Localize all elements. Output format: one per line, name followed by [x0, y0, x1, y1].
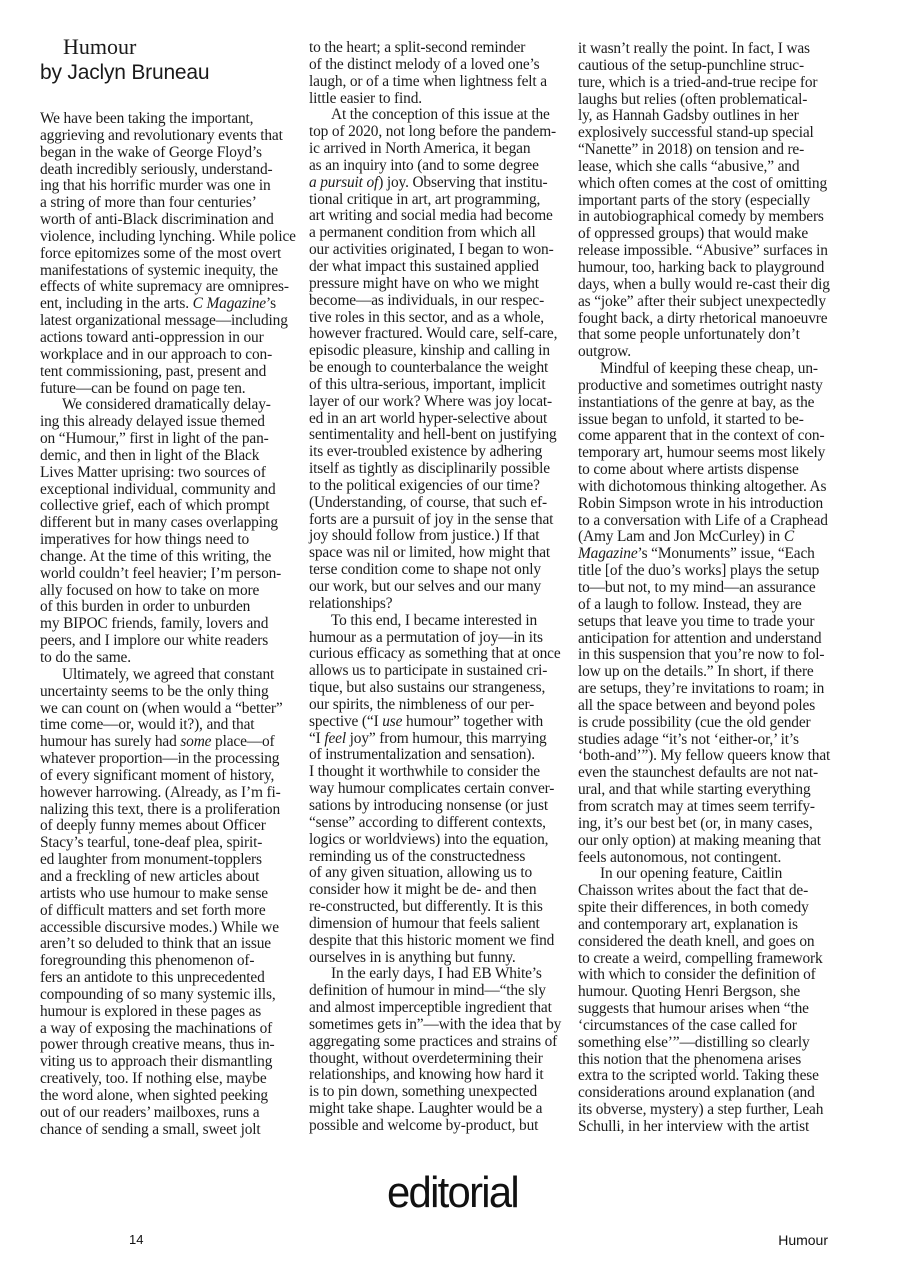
text-line: terse condition come to shape not only — [309, 562, 584, 579]
text-line: aren’t so deluded to think that an issue — [40, 936, 315, 953]
text-line: actions toward anti-oppression in our — [40, 330, 315, 347]
text-line: tique, but also sustains our strangeness… — [309, 680, 584, 697]
text-line: cautious of the setup-punchline struc- — [578, 58, 853, 75]
text-line: of the distinct melody of a loved one’s — [309, 57, 584, 74]
section-label: editorial — [23, 1168, 883, 1218]
text-line: important parts of the story (especially — [578, 193, 853, 210]
text-line: setups that leave you time to trade your — [578, 614, 853, 631]
text-line: from scratch may at times seem terrify- — [578, 799, 853, 816]
text-line: Schulli, in her interview with the artis… — [578, 1119, 853, 1136]
text-line: with dichotomous thinking altogether. As — [578, 479, 853, 496]
text-line: Lives Matter uprising: two sources of — [40, 465, 315, 482]
text-line: layer of our work? Where was joy locat- — [309, 394, 584, 411]
text-line: exceptional individual, community and — [40, 482, 315, 499]
text-line: relationships, and knowing how hard it — [309, 1067, 584, 1084]
text-line: the word alone, when sighted peeking — [40, 1088, 315, 1105]
text-line: of a laugh to follow. Instead, they are — [578, 597, 853, 614]
text-line: Stacy’s tearful, tone-deaf plea, spirit- — [40, 835, 315, 852]
text-line: title [of the duo’s works] plays the set… — [578, 563, 853, 580]
text-line: is crude possibility (cue the old gender — [578, 715, 853, 732]
text-line: become—as individuals, in our respec- — [309, 293, 584, 310]
text-line: we can count on (when would a “better” — [40, 701, 315, 718]
text-line: our only option) at making meaning that — [578, 833, 853, 850]
text-line: a string of more than four centuries’ — [40, 195, 315, 212]
text-line: all the space between and beyond poles — [578, 698, 853, 715]
text-line: this notion that the phenomena arises — [578, 1052, 853, 1069]
text-line: different but in many cases overlapping — [40, 515, 315, 532]
text-line: to—but not, to my mind—an assurance — [578, 580, 853, 597]
text-line: ‘both-and’”). My fellow queers know that — [578, 748, 853, 765]
text-line: joy should follow from justice.) If that — [309, 528, 584, 545]
text-line: Magazine’s “Monuments” issue, “Each — [578, 546, 853, 563]
text-line: (Understanding, of course, that such ef- — [309, 495, 584, 512]
text-line: spite their differences, in both comedy — [578, 900, 853, 917]
text-line: outgrow. — [578, 344, 853, 361]
text-line: re-constructed, but differently. It is t… — [309, 899, 584, 916]
text-line: ‘circumstances of the case called for — [578, 1018, 853, 1035]
text-line: productive and sometimes outright nasty — [578, 378, 853, 395]
text-line: suggests that humour arises when “the — [578, 1001, 853, 1018]
text-line: ed laughter from monument-topplers — [40, 852, 315, 869]
text-line: to the political exigencies of our time? — [309, 478, 584, 495]
text-line: Robin Simpson wrote in his introduction — [578, 496, 853, 513]
text-line: relationships? — [309, 596, 584, 613]
text-line: workplace and in our approach to con- — [40, 347, 315, 364]
text-line: our work, but our selves and our many — [309, 579, 584, 596]
text-line: however harrowing. (Already, as I’m fi- — [40, 785, 315, 802]
text-line: studies adage “it’s not ‘either-or,’ it’… — [578, 732, 853, 749]
text-line: peers, and I implore our white readers — [40, 633, 315, 650]
text-line: ing this already delayed issue themed — [40, 414, 315, 431]
text-line: it wasn’t really the point. In fact, I w… — [578, 41, 853, 58]
text-line: episodic pleasure, kinship and calling i… — [309, 343, 584, 360]
text-line: its obverse, mystery) a step further, Le… — [578, 1102, 853, 1119]
text-line: despite that this historic moment we fin… — [309, 933, 584, 950]
text-line: spective (“I use humour” together with — [309, 714, 584, 731]
text-line: of oppressed groups) that would make — [578, 226, 853, 243]
text-line: violence, including lynching. While poli… — [40, 229, 315, 246]
text-line: death incredibly seriously, understand- — [40, 162, 315, 179]
magazine-page: Humour by Jaclyn Bruneau We have been ta… — [0, 0, 905, 1280]
text-line: come apparent that in the context of con… — [578, 428, 853, 445]
text-line: on “Humour,” first in light of the pan- — [40, 431, 315, 448]
text-line: sometimes gets in”—with the idea that by — [309, 1017, 584, 1034]
text-line: We considered dramatically delay- — [40, 397, 315, 414]
text-line: fought back, a dirty rhetorical manoeuvr… — [578, 311, 853, 328]
running-head: Humour — [778, 1232, 828, 1248]
text-line: issue began to unfold, it started to be- — [578, 412, 853, 429]
text-line: aggrieving and revolutionary events that — [40, 128, 315, 145]
text-column-1: We have been taking the important,aggrie… — [40, 111, 315, 1138]
text-line: be enough to counterbalance the weight — [309, 360, 584, 377]
text-line: our spirits, the nimbleness of our per- — [309, 697, 584, 714]
text-line: of difficult matters and set forth more — [40, 903, 315, 920]
text-line: possible and welcome by-product, but — [309, 1118, 584, 1135]
text-line: pressure might have on who we might — [309, 276, 584, 293]
text-line: of deeply funny memes about Officer — [40, 818, 315, 835]
text-column-2: to the heart; a split-second reminderof … — [309, 40, 584, 1135]
text-line: definition of humour in mind—“the sly — [309, 983, 584, 1000]
text-line: top of 2020, not long before the pandem- — [309, 124, 584, 141]
text-line: space was nil or limited, how might that — [309, 545, 584, 562]
text-line: At the conception of this issue at the — [309, 107, 584, 124]
text-line: effects of white supremacy are omnipres- — [40, 279, 315, 296]
text-line: ture, which is a tried-and-true recipe f… — [578, 75, 853, 92]
text-line: sations by introducing nonsense (or just — [309, 798, 584, 815]
text-line: tent commissioning, past, present and — [40, 364, 315, 381]
text-line: reminding us of the constructedness — [309, 849, 584, 866]
page-number: 14 — [129, 1232, 143, 1247]
text-line: and contemporary art, explanation is — [578, 917, 853, 934]
text-line: curious efficacy as something that at on… — [309, 646, 584, 663]
text-line: consider how it might be de- and then — [309, 882, 584, 899]
text-line: to a conversation with Life of a Craphea… — [578, 513, 853, 530]
text-line: worth of anti-Black discrimination and — [40, 212, 315, 229]
text-line: ed in an art world hyper-selective about — [309, 411, 584, 428]
text-line: extra to the scripted world. Taking thes… — [578, 1068, 853, 1085]
text-line: temporary art, humour seems most likely — [578, 445, 853, 462]
text-line: imperatives for how things need to — [40, 532, 315, 549]
text-line: something else’”—distilling so clearly — [578, 1035, 853, 1052]
text-line: days, when a bully would re-cast their d… — [578, 277, 853, 294]
text-line: time come—or, would it?), and that — [40, 717, 315, 734]
text-line: uncertainty seems to be the only thing — [40, 684, 315, 701]
text-line: foregrounding this phenomenon of- — [40, 953, 315, 970]
text-line: art writing and social media had become — [309, 208, 584, 225]
text-column-3: it wasn’t really the point. In fact, I w… — [578, 41, 853, 1136]
text-line: and a freckling of new articles about — [40, 869, 315, 886]
text-line: humour as a permutation of joy—in its — [309, 630, 584, 647]
text-line: itself as tightly as disciplinarily poss… — [309, 461, 584, 478]
text-line: however fractured. Would care, self-care… — [309, 326, 584, 343]
text-line: out of our readers’ mailboxes, runs a — [40, 1105, 315, 1122]
text-line: instantiations of the genre at bay, as t… — [578, 395, 853, 412]
text-line: ourselves in is anything but funny. — [309, 950, 584, 967]
text-line: allows us to participate in sustained cr… — [309, 663, 584, 680]
text-line: To this end, I became interested in — [309, 613, 584, 630]
text-line: little easier to find. — [309, 91, 584, 108]
text-line: low up on the details.” In short, if the… — [578, 664, 853, 681]
text-line: is to pin down, something unexpected — [309, 1084, 584, 1101]
text-line: as “joke” after their subject unexpected… — [578, 294, 853, 311]
text-line: of any given situation, allowing us to — [309, 865, 584, 882]
text-line: logics or worldviews) into the equation, — [309, 832, 584, 849]
text-line: “sense” according to different contexts, — [309, 815, 584, 832]
text-line: began in the wake of George Floyd’s — [40, 145, 315, 162]
text-line: way humour complicates certain conver- — [309, 781, 584, 798]
text-line: compounding of so many systemic ills, — [40, 987, 315, 1004]
text-line: ly, as Hannah Gadsby outlines in her — [578, 108, 853, 125]
text-line: humour has surely had some place—of — [40, 734, 315, 751]
text-line: considered the death knell, and goes on — [578, 934, 853, 951]
text-line: explosively successful stand-up special — [578, 125, 853, 142]
text-line: of this ultra-serious, important, implic… — [309, 377, 584, 394]
text-line: creatively, too. If nothing else, maybe — [40, 1071, 315, 1088]
text-line: of every significant moment of history, — [40, 768, 315, 785]
text-line: forts are a pursuit of joy in the sense … — [309, 512, 584, 529]
text-line: aggregating some practices and strains o… — [309, 1034, 584, 1051]
text-line: to do the same. — [40, 650, 315, 667]
text-line: Chaisson writes about the fact that de- — [578, 883, 853, 900]
text-line: der what impact this sustained applied — [309, 259, 584, 276]
text-line: In the early days, I had EB White’s — [309, 966, 584, 983]
text-line: world couldn’t feel heavier; I’m person- — [40, 566, 315, 583]
text-line: “I feel joy” from humour, this marrying — [309, 731, 584, 748]
text-line: which often comes at the cost of omittin… — [578, 176, 853, 193]
text-line: fers an antidote to this unprecedented — [40, 970, 315, 987]
text-line: to come about where artists dispense — [578, 462, 853, 479]
text-line: thought, without overdetermining their — [309, 1051, 584, 1068]
text-line: with which to consider the definition of — [578, 967, 853, 984]
text-line: a permanent condition from which all — [309, 225, 584, 242]
text-line: humour, too, harking back to playground — [578, 260, 853, 277]
text-line: a way of exposing the machinations of — [40, 1021, 315, 1038]
text-line: laughs but relies (often problematical- — [578, 92, 853, 109]
text-line: tive roles in this sector, and as a whol… — [309, 310, 584, 327]
text-line: latest organizational message—including — [40, 313, 315, 330]
text-line: dimension of humour that feels salient — [309, 916, 584, 933]
text-line: and almost imperceptible ingredient that — [309, 1000, 584, 1017]
text-line: demic, and then in light of the Black — [40, 448, 315, 465]
text-line: even the staunchest defaults are not nat… — [578, 765, 853, 782]
article-title: Humour — [63, 34, 209, 60]
text-line: ic arrived in North America, it began — [309, 141, 584, 158]
text-line: my BIPOC friends, family, lovers and — [40, 616, 315, 633]
text-line: ural, and that while starting everything — [578, 782, 853, 799]
text-line: our activities originated, I began to wo… — [309, 242, 584, 259]
text-line: manifestations of systemic inequity, the — [40, 263, 315, 280]
text-line: in autobiographical comedy by members — [578, 209, 853, 226]
text-line: I thought it worthwhile to consider the — [309, 764, 584, 781]
article-byline: by Jaclyn Bruneau — [40, 60, 209, 86]
text-line: sentimentality and hell-bent on justifyi… — [309, 427, 584, 444]
text-line: ing that his horrific murder was one in — [40, 178, 315, 195]
text-line: Ultimately, we agreed that constant — [40, 667, 315, 684]
text-line: “Nanette” in 2018) on tension and re- — [578, 142, 853, 159]
text-line: power through creative means, thus in- — [40, 1037, 315, 1054]
text-line: to the heart; a split-second reminder — [309, 40, 584, 57]
text-line: nalizing this text, there is a prolifera… — [40, 802, 315, 819]
text-line: tional critique in art, art programming, — [309, 192, 584, 209]
text-line: feels autonomous, not contingent. — [578, 850, 853, 867]
text-line: a pursuit of) joy. Observing that instit… — [309, 175, 584, 192]
text-line: in this suspension that you’re now to fo… — [578, 647, 853, 664]
text-line: viting us to approach their dismantling — [40, 1054, 315, 1071]
text-line: of this burden in order to unburden — [40, 599, 315, 616]
text-line: whatever proportion—in the processing — [40, 751, 315, 768]
text-line: (Amy Lam and Jon McCurley) in C — [578, 529, 853, 546]
text-line: accessible discursive modes.) While we — [40, 920, 315, 937]
text-line: artists who use humour to make sense — [40, 886, 315, 903]
text-line: of instrumentalization and sensation). — [309, 747, 584, 764]
text-line: In our opening feature, Caitlin — [578, 866, 853, 883]
text-line: force epitomizes some of the most overt — [40, 246, 315, 263]
text-line: as an inquiry into (and to some degree — [309, 158, 584, 175]
text-line: humour is explored in these pages as — [40, 1004, 315, 1021]
text-line: anticipation for attention and understan… — [578, 631, 853, 648]
text-line: Mindful of keeping these cheap, un- — [578, 361, 853, 378]
text-line: ally focused on how to take on more — [40, 583, 315, 600]
text-line: humour. Quoting Henri Bergson, she — [578, 984, 853, 1001]
text-line: its ever-troubled existence by adhering — [309, 444, 584, 461]
text-line: ing, it’s our best bet (or, in many case… — [578, 816, 853, 833]
text-line: considerations around explanation (and — [578, 1085, 853, 1102]
text-line: We have been taking the important, — [40, 111, 315, 128]
text-line: chance of sending a small, sweet jolt — [40, 1122, 315, 1139]
text-line: laugh, or of a time when lightness felt … — [309, 74, 584, 91]
text-line: release impossible. “Abusive” surfaces i… — [578, 243, 853, 260]
text-line: change. At the time of this writing, the — [40, 549, 315, 566]
text-line: future—can be found on page ten. — [40, 381, 315, 398]
text-line: to create a weird, compelling framework — [578, 951, 853, 968]
text-line: collective grief, each of which prompt — [40, 498, 315, 515]
text-line: might take shape. Laughter would be a — [309, 1101, 584, 1118]
text-line: are setups, they’re invitations to roam;… — [578, 681, 853, 698]
article-heading: Humour by Jaclyn Bruneau — [40, 34, 209, 86]
text-line: ent, including in the arts. C Magazine’s — [40, 296, 315, 313]
text-line: lease, which she calls “abusive,” and — [578, 159, 853, 176]
text-line: that some people unfortunately don’t — [578, 327, 853, 344]
